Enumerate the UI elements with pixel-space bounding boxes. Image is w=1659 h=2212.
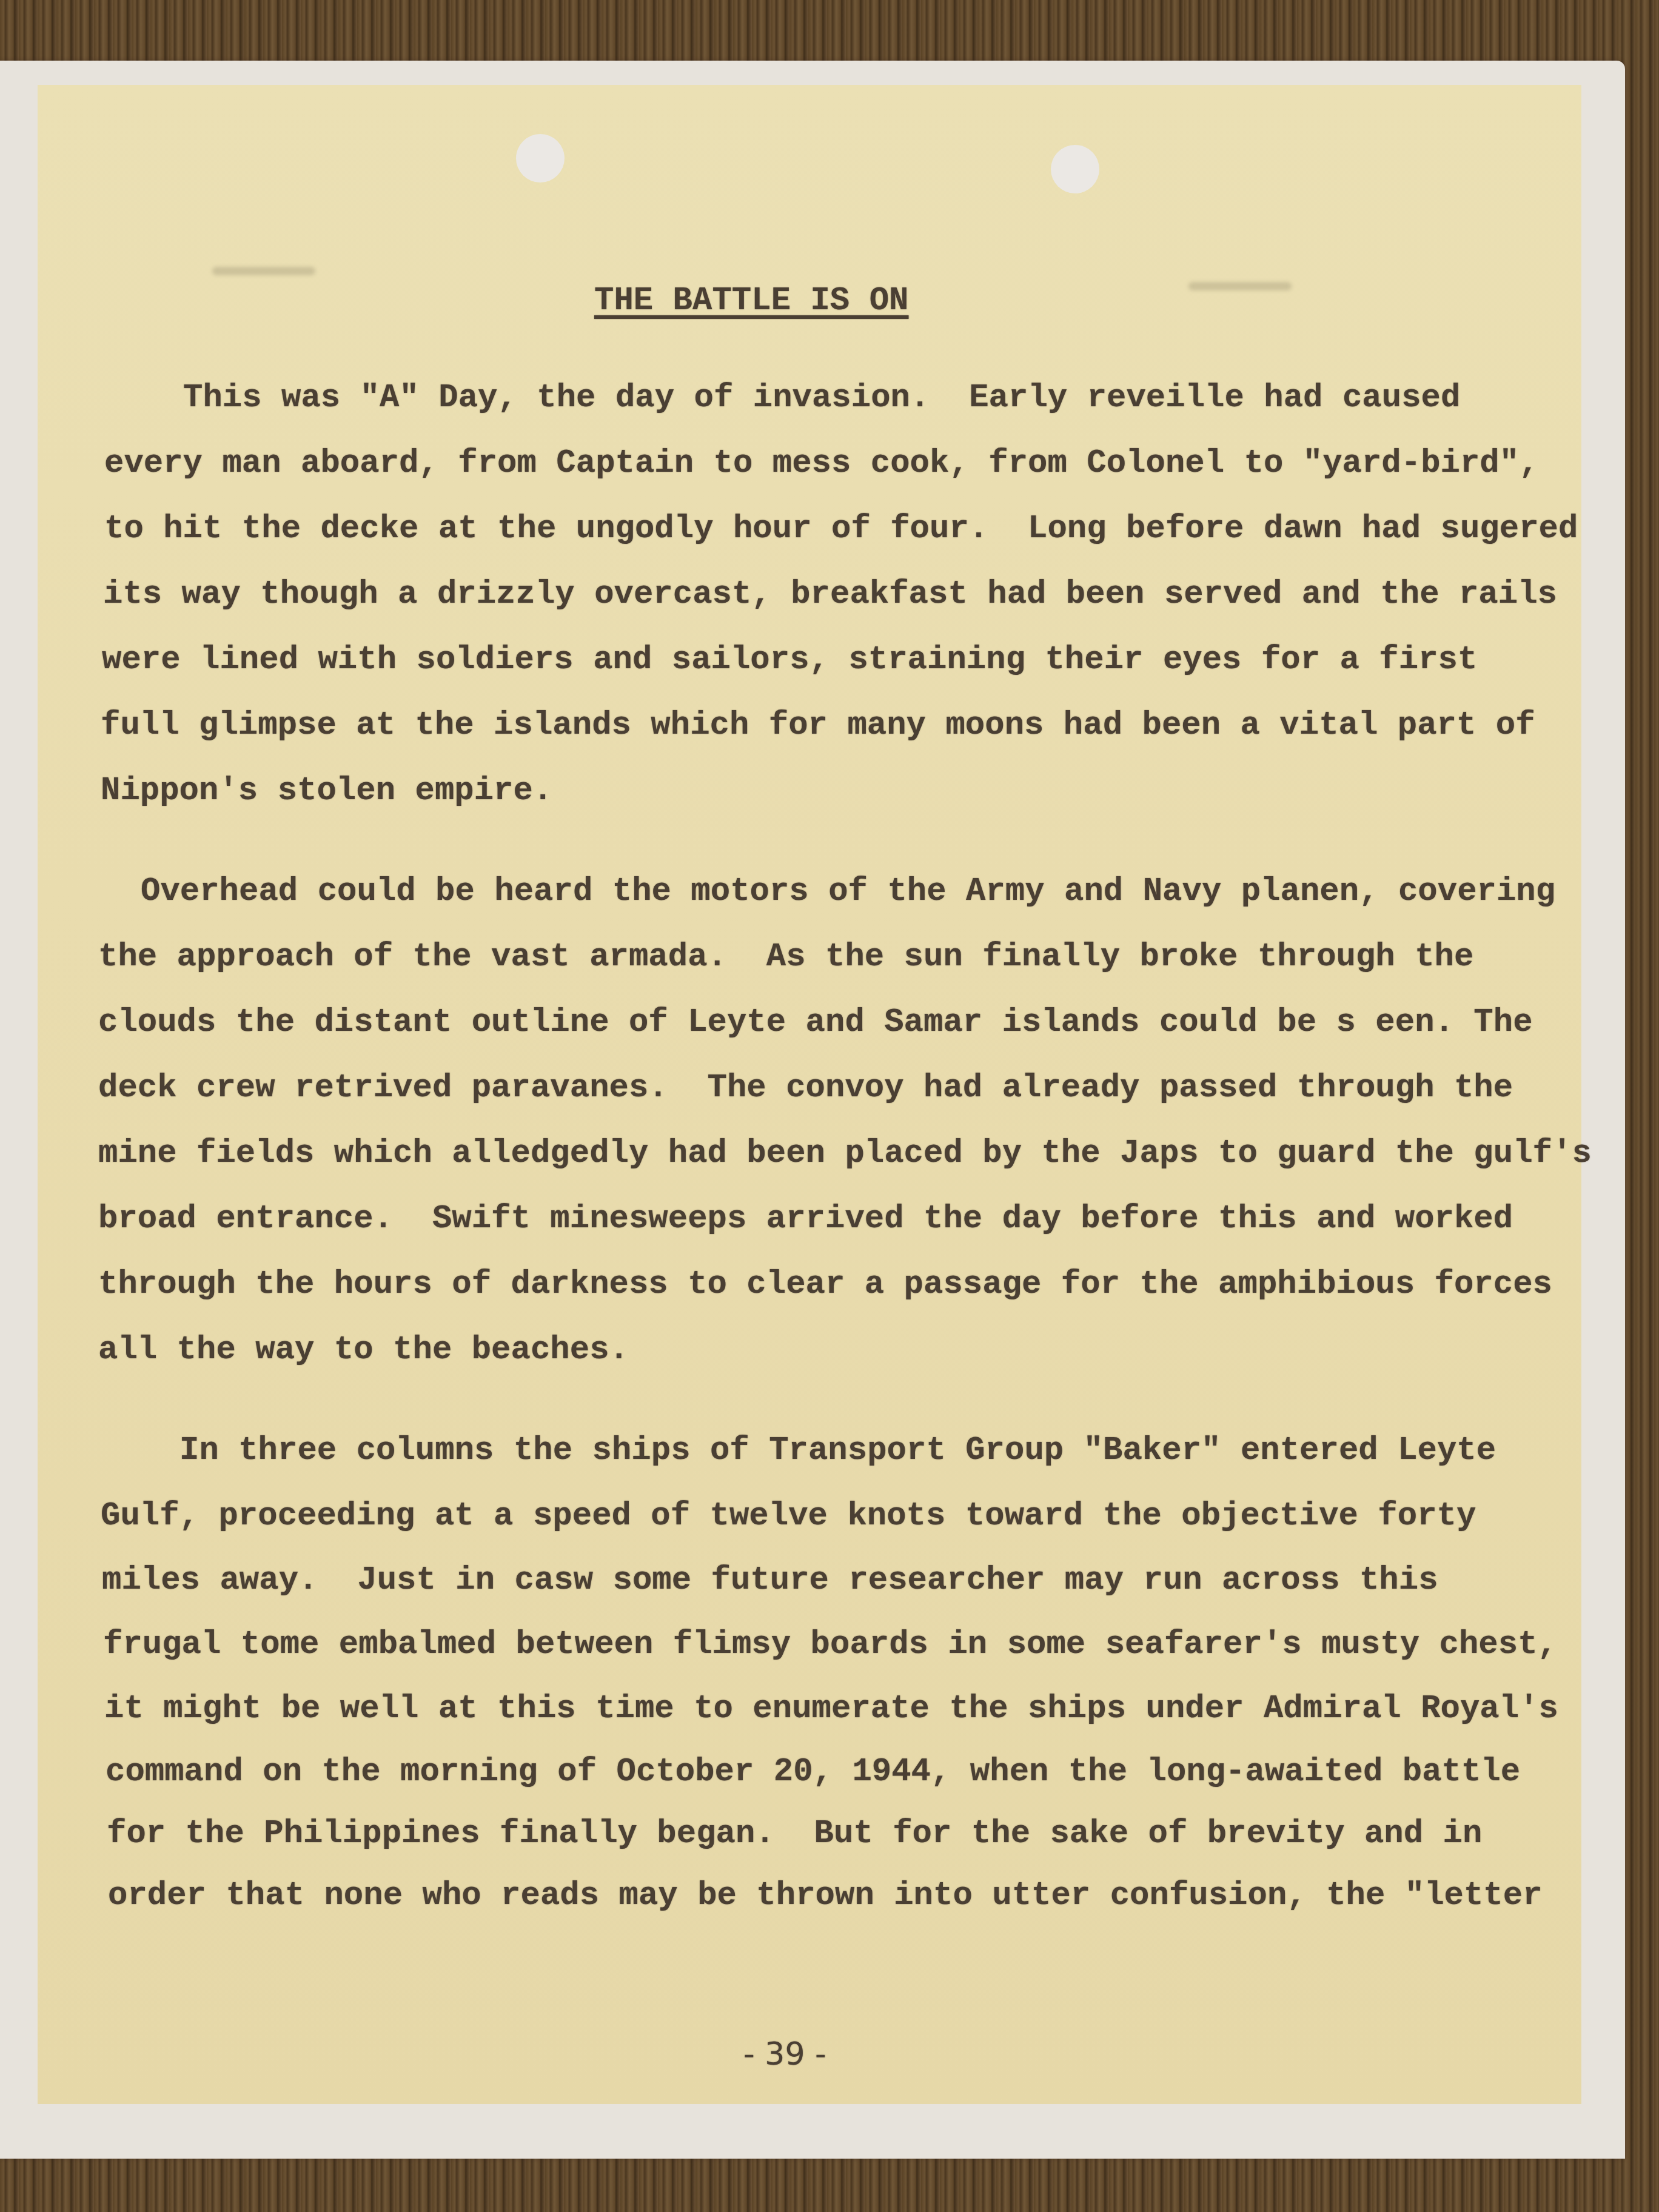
text-line: deck crew retrived paravanes. The convoy… bbox=[98, 1072, 1513, 1105]
text-line: miles away. Just in casw some future res… bbox=[102, 1564, 1438, 1597]
text-line: full glimpse at the islands which for ma… bbox=[101, 709, 1535, 742]
page-number: - 39 - bbox=[743, 2039, 826, 2070]
text-line: In three columns the ships of Transport … bbox=[179, 1435, 1496, 1467]
punch-hole-left bbox=[516, 134, 565, 183]
text-line: Overhead could be heard the motors of th… bbox=[141, 876, 1555, 908]
text-line: frugal tome embalmed between flimsy boar… bbox=[103, 1629, 1557, 1661]
text-line: all the way to the beaches. bbox=[98, 1334, 629, 1367]
text-line: to hit the decke at the ungodly hour of … bbox=[104, 513, 1578, 546]
text-line: every man aboard, from Captain to mess c… bbox=[104, 447, 1539, 480]
text-line: through the hours of darkness to clear a… bbox=[98, 1269, 1552, 1301]
text-line: This was "A" Day, the day of invasion. E… bbox=[183, 382, 1460, 415]
text-line: its way though a drizzly overcast, break… bbox=[103, 578, 1557, 611]
text-line: for the Philippines finally began. But f… bbox=[107, 1818, 1482, 1851]
text-line: broad entrance. Swift minesweeps arrived… bbox=[98, 1203, 1513, 1236]
text-line: Gulf, proceeding at a speed of twelve kn… bbox=[101, 1500, 1476, 1533]
text-line: were lined with soldiers and sailors, st… bbox=[102, 644, 1477, 677]
smudge-mark bbox=[212, 267, 315, 275]
text-line: Nippon's stolen empire. bbox=[101, 775, 552, 808]
text-line: the approach of the vast armada. As the … bbox=[98, 941, 1473, 974]
text-line: clouds the distant outline of Leyte and … bbox=[98, 1007, 1533, 1039]
page-title: THE BATTLE IS ON bbox=[594, 285, 908, 318]
smudge-mark bbox=[1188, 282, 1292, 290]
text-line: it might be well at this time to enumera… bbox=[104, 1693, 1558, 1726]
punch-hole-right bbox=[1051, 145, 1099, 193]
text-line: order that none who reads may be thrown … bbox=[108, 1880, 1543, 1912]
text-line: mine fields which alledgedly had been pl… bbox=[98, 1138, 1592, 1170]
text-line: command on the morning of October 20, 19… bbox=[106, 1756, 1520, 1789]
